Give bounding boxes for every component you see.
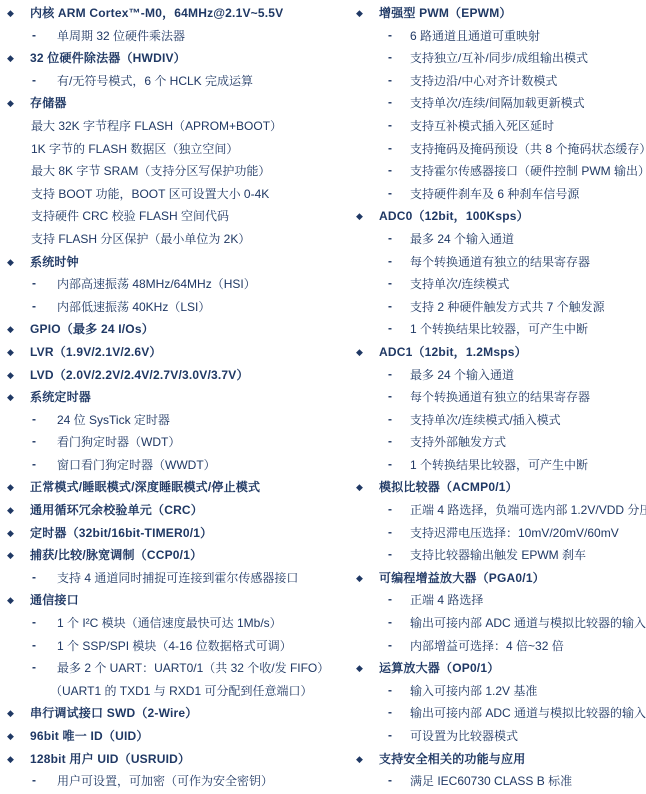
dash-bullet-icon: - xyxy=(388,25,392,46)
feature-item-text: 1 个转换结果比较器，可产生中断 xyxy=(410,322,588,336)
feature-item: -支持比较器输出触发 EPWM 刹车 xyxy=(348,544,646,567)
feature-heading: ◆系统时钟 xyxy=(0,251,348,274)
feature-heading: ◆32 位硬件除法器（HWDIV） xyxy=(0,47,348,70)
feature-item: -最多 24 个输入通道 xyxy=(348,364,646,387)
feature-item-text: （UART1 的 TXD1 与 RXD1 可分配到任意端口） xyxy=(50,684,312,698)
feature-item-text: 支持硬件刹车及 6 种刹车信号源 xyxy=(410,187,579,201)
dash-bullet-icon: - xyxy=(388,589,392,610)
feature-heading: ◆定时器（32bit/16bit-TIMER0/1） xyxy=(0,522,348,545)
feature-item: 最大 8K 字节 SRAM（支持分区写保护功能） xyxy=(0,160,348,183)
feature-heading: ◆模拟比较器（ACMP0/1） xyxy=(348,476,646,499)
feature-item-text: 内部低速振荡 40KHz（LSI） xyxy=(57,300,210,314)
feature-item: -每个转换通道有独立的结果寄存器 xyxy=(348,251,646,274)
feature-item-text: 支持互补模式插入死区延时 xyxy=(410,119,554,133)
feature-item: -正端 4 路选择，负端可选内部 1.2V/VDD 分压 xyxy=(348,499,646,522)
dash-bullet-icon: - xyxy=(388,770,392,791)
feature-heading-text: 串行调试接口 SWD（2-Wire） xyxy=(30,706,198,720)
diamond-bullet-icon: ◆ xyxy=(7,748,14,771)
feature-item: -支持 2 种硬件触发方式共 7 个触发源 xyxy=(348,296,646,319)
feature-item: -支持独立/互补/同步/成组输出模式 xyxy=(348,47,646,70)
diamond-bullet-icon: ◆ xyxy=(7,47,14,70)
diamond-bullet-icon: ◆ xyxy=(7,341,14,364)
feature-item: 支持硬件 CRC 校验 FLASH 空间代码 xyxy=(0,205,348,228)
dash-bullet-icon: - xyxy=(388,364,392,385)
feature-item-text: 支持硬件 CRC 校验 FLASH 空间代码 xyxy=(31,209,229,223)
diamond-bullet-icon: ◆ xyxy=(356,2,363,25)
dash-bullet-icon: - xyxy=(388,612,392,633)
feature-item-text: 支持掩码及掩码预设（共 8 个掩码状态缓存） xyxy=(410,142,646,156)
dash-bullet-icon: - xyxy=(388,115,392,136)
diamond-bullet-icon: ◆ xyxy=(7,92,14,115)
dash-bullet-icon: - xyxy=(388,431,392,452)
feature-item: -窗口看门狗定时器（WWDT） xyxy=(0,454,348,477)
feature-heading-text: 捕获/比较/脉宽调制（CCP0/1） xyxy=(30,548,202,562)
dash-bullet-icon: - xyxy=(32,635,36,656)
feature-heading: ◆内核 ARM Cortex™-M0，64MHz@2.1V~5.5V xyxy=(0,2,348,25)
diamond-bullet-icon: ◆ xyxy=(7,544,14,567)
dash-bullet-icon: - xyxy=(388,251,392,272)
dash-bullet-icon: - xyxy=(388,386,392,407)
feature-heading: ◆LVR（1.9V/2.1V/2.6V） xyxy=(0,341,348,364)
dash-bullet-icon: - xyxy=(388,318,392,339)
dash-bullet-icon: - xyxy=(388,499,392,520)
feature-heading-text: 通信接口 xyxy=(30,593,79,607)
feature-item: -满足 IEC60730 CLASS B 标准 xyxy=(348,770,646,793)
dash-bullet-icon: - xyxy=(32,657,36,678)
feature-heading: ◆支持安全相关的功能与应用 xyxy=(348,748,646,771)
feature-item-text: 窗口看门狗定时器（WWDT） xyxy=(57,458,216,472)
feature-item: 最大 32K 字节程序 FLASH（APROM+BOOT） xyxy=(0,115,348,138)
feature-heading-text: GPIO（最多 24 I/Os） xyxy=(30,322,154,336)
feature-item: -支持迟滞电压选择：10mV/20mV/60mV xyxy=(348,522,646,545)
feature-item-text: 支持霍尔传感器接口（硬件控制 PWM 输出） xyxy=(410,164,646,178)
feature-item: -输入可接内部 1.2V 基准 xyxy=(348,680,646,703)
dash-bullet-icon: - xyxy=(388,544,392,565)
feature-heading-text: 96bit 唯一 ID（UID） xyxy=(30,729,149,743)
feature-item: -6 路通道且通道可重映射 xyxy=(348,25,646,48)
feature-item-text: 支持 4 通道同时捕捉可连接到霍尔传感器接口 xyxy=(57,571,298,585)
feature-item-text: 输出可接内部 ADC 通道与模拟比较器的输入 xyxy=(410,616,646,630)
feature-item: -正端 4 路选择 xyxy=(348,589,646,612)
feature-item: -内部高速振荡 48MHz/64MHz（HSI） xyxy=(0,273,348,296)
feature-item-text: 满足 IEC60730 CLASS B 标准 xyxy=(410,774,572,788)
feature-heading-text: 正常模式/睡眠模式/深度睡眠模式/停止模式 xyxy=(30,480,260,494)
feature-item-text: 支持迟滞电压选择：10mV/20mV/60mV xyxy=(410,526,619,540)
feature-heading: ◆96bit 唯一 ID（UID） xyxy=(0,725,348,748)
dash-bullet-icon: - xyxy=(32,70,36,91)
feature-heading-text: 可编程增益放大器（PGA0/1） xyxy=(379,571,545,585)
feature-item: -可设置为比较器模式 xyxy=(348,725,646,748)
feature-heading-text: LVD（2.0V/2.2V/2.4V/2.7V/3.0V/3.7V） xyxy=(30,368,249,382)
feature-item: -有/无符号模式，6 个 HCLK 完成运算 xyxy=(0,70,348,93)
feature-item: -最多 24 个输入通道 xyxy=(348,228,646,251)
feature-heading: ◆存储器 xyxy=(0,92,348,115)
dash-bullet-icon: - xyxy=(32,454,36,475)
dash-bullet-icon: - xyxy=(32,431,36,452)
feature-item-text: 支持单次/连续/间隔加载更新模式 xyxy=(410,96,585,110)
diamond-bullet-icon: ◆ xyxy=(7,725,14,748)
dash-bullet-icon: - xyxy=(388,522,392,543)
feature-heading: ◆ADC1（12bit，1.2Msps） xyxy=(348,341,646,364)
diamond-bullet-icon: ◆ xyxy=(7,522,14,545)
feature-item-text: 最大 32K 字节程序 FLASH（APROM+BOOT） xyxy=(31,119,282,133)
feature-item-text: 每个转换通道有独立的结果寄存器 xyxy=(410,390,590,404)
feature-item-text: 1 个 I²C 模块（通信速度最快可达 1Mb/s） xyxy=(57,616,282,630)
feature-heading: ◆可编程增益放大器（PGA0/1） xyxy=(348,567,646,590)
diamond-bullet-icon: ◆ xyxy=(356,341,363,364)
feature-item: （UART1 的 TXD1 与 RXD1 可分配到任意端口） xyxy=(0,680,348,703)
feature-heading: ◆通用循环冗余校验单元（CRC） xyxy=(0,499,348,522)
feature-item: -1 个转换结果比较器，可产生中断 xyxy=(348,454,646,477)
feature-item-text: 6 路通道且通道可重映射 xyxy=(410,29,540,43)
feature-heading: ◆增强型 PWM（EPWM） xyxy=(348,2,646,25)
diamond-bullet-icon: ◆ xyxy=(7,589,14,612)
feature-item: -看门狗定时器（WDT） xyxy=(0,431,348,454)
dash-bullet-icon: - xyxy=(32,273,36,294)
diamond-bullet-icon: ◆ xyxy=(7,251,14,274)
dash-bullet-icon: - xyxy=(388,92,392,113)
feature-item: -1 个 I²C 模块（通信速度最快可达 1Mb/s） xyxy=(0,612,348,635)
feature-heading-text: 内核 ARM Cortex™-M0，64MHz@2.1V~5.5V xyxy=(30,6,283,20)
feature-item: -1 个 SSP/SPI 模块（4-16 位数据格式可调） xyxy=(0,635,348,658)
feature-heading-text: 增强型 PWM（EPWM） xyxy=(379,6,512,20)
dash-bullet-icon: - xyxy=(32,567,36,588)
dash-bullet-icon: - xyxy=(388,183,392,204)
feature-heading-text: ADC1（12bit，1.2Msps） xyxy=(379,345,527,359)
feature-item-text: 正端 4 路选择，负端可选内部 1.2V/VDD 分压 xyxy=(410,503,646,517)
feature-item-text: 最多 24 个输入通道 xyxy=(410,232,514,246)
feature-heading: ◆捕获/比较/脉宽调制（CCP0/1） xyxy=(0,544,348,567)
feature-item: -内部低速振荡 40KHz（LSI） xyxy=(0,296,348,319)
feature-item: -支持硬件刹车及 6 种刹车信号源 xyxy=(348,183,646,206)
dash-bullet-icon: - xyxy=(32,25,36,46)
feature-item: -支持互补模式插入死区延时 xyxy=(348,115,646,138)
feature-heading: ◆正常模式/睡眠模式/深度睡眠模式/停止模式 xyxy=(0,476,348,499)
feature-item-text: 1K 字节的 FLASH 数据区（独立空间） xyxy=(31,142,238,156)
dash-bullet-icon: - xyxy=(388,680,392,701)
dash-bullet-icon: - xyxy=(388,725,392,746)
diamond-bullet-icon: ◆ xyxy=(7,702,14,725)
feature-heading-text: 系统定时器 xyxy=(30,390,91,404)
feature-item-text: 24 位 SysTick 定时器 xyxy=(57,413,170,427)
feature-item-text: 最多 24 个输入通道 xyxy=(410,368,514,382)
feature-item: -支持边沿/中心对齐计数模式 xyxy=(348,70,646,93)
dash-bullet-icon: - xyxy=(388,160,392,181)
feature-item-text: 每个转换通道有独立的结果寄存器 xyxy=(410,255,590,269)
feature-item-text: 支持 FLASH 分区保护（最小单位为 2K） xyxy=(31,232,250,246)
feature-item: -支持霍尔传感器接口（硬件控制 PWM 输出） xyxy=(348,160,646,183)
feature-item-text: 支持外部触发方式 xyxy=(410,435,506,449)
diamond-bullet-icon: ◆ xyxy=(7,386,14,409)
feature-item-text: 输出可接内部 ADC 通道与模拟比较器的输入 xyxy=(410,706,646,720)
feature-item: -内部增益可选择：4 倍~32 倍 xyxy=(348,635,646,658)
feature-heading-text: ADC0（12bit，100Ksps） xyxy=(379,209,529,223)
feature-heading-text: LVR（1.9V/2.1V/2.6V） xyxy=(30,345,162,359)
feature-item: -用户可设置，可加密（可作为安全密钥） xyxy=(0,770,348,793)
feature-item-text: 单周期 32 位硬件乘法器 xyxy=(57,29,185,43)
feature-item-text: 支持独立/互补/同步/成组输出模式 xyxy=(410,51,588,65)
feature-item: -24 位 SysTick 定时器 xyxy=(0,409,348,432)
feature-item-text: 正端 4 路选择 xyxy=(410,593,483,607)
feature-heading-text: 模拟比较器（ACMP0/1） xyxy=(379,480,518,494)
feature-list-document: ◆内核 ARM Cortex™-M0，64MHz@2.1V~5.5V-单周期 3… xyxy=(0,0,646,793)
feature-item: 支持 BOOT 功能，BOOT 区可设置大小 0-4K xyxy=(0,183,348,206)
feature-item: -最多 2 个 UART：UART0/1（共 32 个收/发 FIFO） xyxy=(0,657,348,680)
feature-item-text: 支持边沿/中心对齐计数模式 xyxy=(410,74,557,88)
feature-item-text: 1 个 SSP/SPI 模块（4-16 位数据格式可调） xyxy=(57,639,292,653)
feature-item: -支持掩码及掩码预设（共 8 个掩码状态缓存） xyxy=(348,138,646,161)
feature-item: -1 个转换结果比较器，可产生中断 xyxy=(348,318,646,341)
dash-bullet-icon: - xyxy=(32,296,36,317)
feature-item-text: 1 个转换结果比较器，可产生中断 xyxy=(410,458,588,472)
feature-item-text: 输入可接内部 1.2V 基准 xyxy=(410,684,537,698)
diamond-bullet-icon: ◆ xyxy=(356,476,363,499)
diamond-bullet-icon: ◆ xyxy=(7,364,14,387)
feature-heading-text: 通用循环冗余校验单元（CRC） xyxy=(30,503,203,517)
feature-item-text: 支持单次/连续模式/插入模式 xyxy=(410,413,561,427)
feature-item-text: 支持 2 种硬件触发方式共 7 个触发源 xyxy=(410,300,605,314)
dash-bullet-icon: - xyxy=(32,409,36,430)
feature-heading: ◆运算放大器（OP0/1） xyxy=(348,657,646,680)
feature-item-text: 支持 BOOT 功能，BOOT 区可设置大小 0-4K xyxy=(31,187,269,201)
feature-heading: ◆GPIO（最多 24 I/Os） xyxy=(0,318,348,341)
feature-column-left: ◆内核 ARM Cortex™-M0，64MHz@2.1V~5.5V-单周期 3… xyxy=(0,2,348,793)
feature-heading-text: 存储器 xyxy=(30,96,67,110)
diamond-bullet-icon: ◆ xyxy=(356,567,363,590)
dash-bullet-icon: - xyxy=(32,770,36,791)
feature-heading-text: 支持安全相关的功能与应用 xyxy=(379,752,525,766)
feature-heading-text: 运算放大器（OP0/1） xyxy=(379,661,499,675)
feature-item-text: 可设置为比较器模式 xyxy=(410,729,518,743)
feature-heading: ◆128bit 用户 UID（USRUID） xyxy=(0,748,348,771)
feature-item-text: 支持比较器输出触发 EPWM 刹车 xyxy=(410,548,586,562)
feature-heading: ◆LVD（2.0V/2.2V/2.4V/2.7V/3.0V/3.7V） xyxy=(0,364,348,387)
dash-bullet-icon: - xyxy=(388,296,392,317)
dash-bullet-icon: - xyxy=(388,454,392,475)
feature-item-text: 看门狗定时器（WDT） xyxy=(57,435,180,449)
feature-item: -输出可接内部 ADC 通道与模拟比较器的输入 xyxy=(348,612,646,635)
feature-heading: ◆系统定时器 xyxy=(0,386,348,409)
diamond-bullet-icon: ◆ xyxy=(356,748,363,771)
diamond-bullet-icon: ◆ xyxy=(7,318,14,341)
dash-bullet-icon: - xyxy=(32,612,36,633)
dash-bullet-icon: - xyxy=(388,702,392,723)
feature-item: -支持单次/连续/间隔加载更新模式 xyxy=(348,92,646,115)
feature-item: -输出可接内部 ADC 通道与模拟比较器的输入 xyxy=(348,702,646,725)
feature-heading: ◆通信接口 xyxy=(0,589,348,612)
diamond-bullet-icon: ◆ xyxy=(7,476,14,499)
feature-heading: ◆串行调试接口 SWD（2-Wire） xyxy=(0,702,348,725)
feature-item: -单周期 32 位硬件乘法器 xyxy=(0,25,348,48)
feature-item: -每个转换通道有独立的结果寄存器 xyxy=(348,386,646,409)
dash-bullet-icon: - xyxy=(388,47,392,68)
feature-item: 1K 字节的 FLASH 数据区（独立空间） xyxy=(0,138,348,161)
feature-heading-text: 32 位硬件除法器（HWDIV） xyxy=(30,51,186,65)
diamond-bullet-icon: ◆ xyxy=(7,2,14,25)
feature-item: -支持 4 通道同时捕捉可连接到霍尔传感器接口 xyxy=(0,567,348,590)
feature-item: -支持单次/连续模式 xyxy=(348,273,646,296)
dash-bullet-icon: - xyxy=(388,228,392,249)
feature-item: -支持单次/连续模式/插入模式 xyxy=(348,409,646,432)
feature-item: 支持 FLASH 分区保护（最小单位为 2K） xyxy=(0,228,348,251)
dash-bullet-icon: - xyxy=(388,70,392,91)
dash-bullet-icon: - xyxy=(388,635,392,656)
feature-item-text: 最多 2 个 UART：UART0/1（共 32 个收/发 FIFO） xyxy=(57,661,329,675)
feature-item-text: 最大 8K 字节 SRAM（支持分区写保护功能） xyxy=(31,164,270,178)
diamond-bullet-icon: ◆ xyxy=(356,657,363,680)
feature-column-right: ◆增强型 PWM（EPWM）-6 路通道且通道可重映射-支持独立/互补/同步/成… xyxy=(348,2,646,793)
feature-item-text: 用户可设置，可加密（可作为安全密钥） xyxy=(57,774,273,788)
feature-item-text: 内部增益可选择：4 倍~32 倍 xyxy=(410,639,564,653)
dash-bullet-icon: - xyxy=(388,273,392,294)
feature-heading-text: 系统时钟 xyxy=(30,255,79,269)
feature-item-text: 有/无符号模式，6 个 HCLK 完成运算 xyxy=(57,74,253,88)
feature-heading-text: 定时器（32bit/16bit-TIMER0/1） xyxy=(30,526,212,540)
diamond-bullet-icon: ◆ xyxy=(356,205,363,228)
dash-bullet-icon: - xyxy=(388,409,392,430)
feature-item-text: 内部高速振荡 48MHz/64MHz（HSI） xyxy=(57,277,256,291)
feature-item-text: 支持单次/连续模式 xyxy=(410,277,509,291)
feature-heading-text: 128bit 用户 UID（USRUID） xyxy=(30,752,190,766)
feature-item: -支持外部触发方式 xyxy=(348,431,646,454)
feature-heading: ◆ADC0（12bit，100Ksps） xyxy=(348,205,646,228)
dash-bullet-icon: - xyxy=(388,138,392,159)
diamond-bullet-icon: ◆ xyxy=(7,499,14,522)
